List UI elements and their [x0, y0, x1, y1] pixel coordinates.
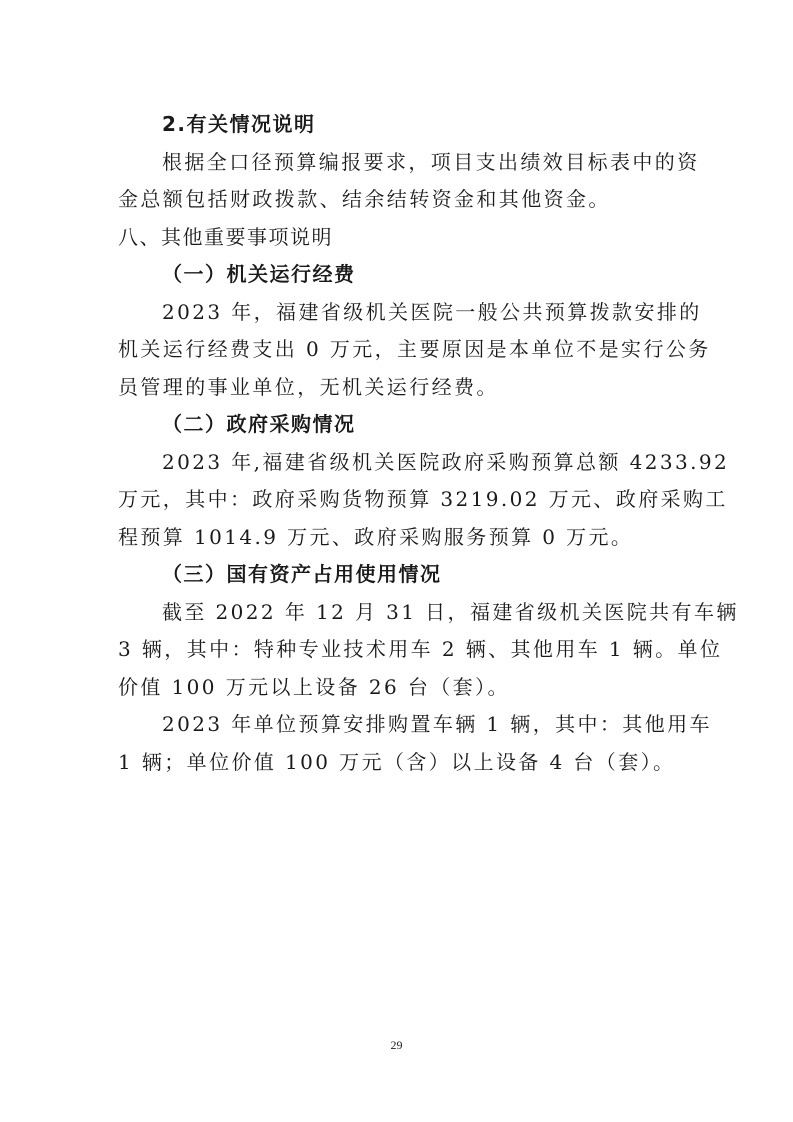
paragraph-line: 1 辆；单位价值 100 万元（含）以上设备 4 台（套）。 — [118, 744, 674, 782]
paragraph-line: 员管理的事业单位，无机关运行经费。 — [118, 369, 674, 407]
paragraph-line: 2023 年,福建省级机关医院政府采购预算总额 4233.92 — [118, 444, 674, 482]
paragraph-line: 价值 100 万元以上设备 26 台（套）。 — [118, 669, 674, 707]
item-heading-procurement: （二）政府采购情况 — [118, 406, 674, 444]
paragraph-line: 2023 年单位预算安排购置车辆 1 辆，其中：其他用车 — [118, 706, 674, 744]
document-page: 2.有关情况说明 根据全口径预算编报要求，项目支出绩效目标表中的资 金总额包括财… — [118, 106, 674, 781]
paragraph-line: 金总额包括财政拨款、结余结转资金和其他资金。 — [118, 181, 674, 219]
paragraph-line: 截至 2022 年 12 月 31 日，福建省级机关医院共有车辆 — [118, 594, 674, 632]
item-heading-operating-expenses: （一）机关运行经费 — [118, 256, 674, 294]
paragraph-line: 2023 年，福建省级机关医院一般公共预算拨款安排的 — [118, 294, 674, 332]
paragraph-line: 根据全口径预算编报要求，项目支出绩效目标表中的资 — [118, 144, 674, 182]
page-number: 29 — [0, 1038, 793, 1053]
section-heading: 八、其他重要事项说明 — [118, 219, 674, 257]
subsection-heading: 2.有关情况说明 — [118, 106, 674, 144]
paragraph-line: 3 辆，其中：特种专业技术用车 2 辆、其他用车 1 辆。单位 — [118, 631, 674, 669]
item-heading-state-assets: （三）国有资产占用使用情况 — [118, 556, 674, 594]
paragraph-line: 万元，其中：政府采购货物预算 3219.02 万元、政府采购工 — [118, 481, 674, 519]
paragraph-line: 机关运行经费支出 0 万元，主要原因是本单位不是实行公务 — [118, 331, 674, 369]
paragraph-line: 程预算 1014.9 万元、政府采购服务预算 0 万元。 — [118, 519, 674, 557]
